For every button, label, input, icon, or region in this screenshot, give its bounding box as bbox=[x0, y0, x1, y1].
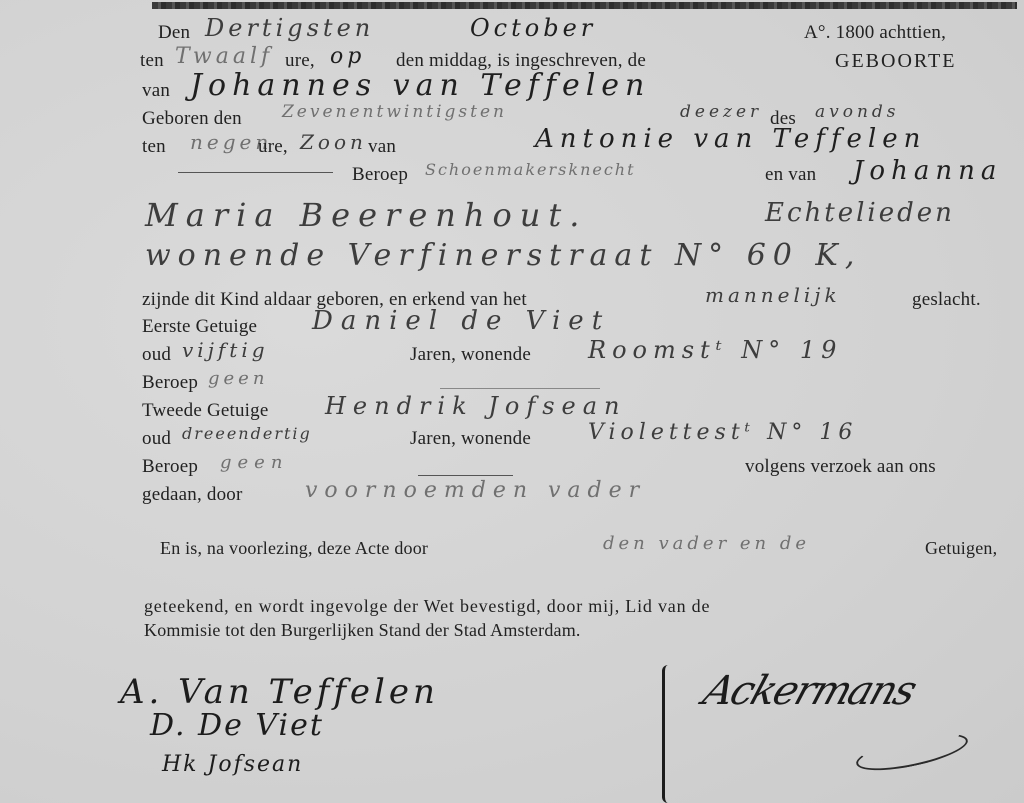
day-written: Dertigsten bbox=[205, 14, 374, 42]
witness2-address: Violettestᵗ N° 16 bbox=[588, 420, 857, 445]
den-label: Den bbox=[158, 22, 190, 44]
volgens-verzoek-text: volgens verzoek aan ons bbox=[745, 456, 936, 478]
witness1-oud-label: oud bbox=[142, 344, 171, 366]
document-page: ​ Den Dertigsten October A°. 1800 achtti… bbox=[0, 0, 1024, 803]
gedaan-label: gedaan, door bbox=[142, 484, 243, 506]
geboren-label: Geboren den bbox=[142, 108, 242, 130]
correction-written: deezer bbox=[680, 102, 762, 122]
witness2-label: Tweede Getuige bbox=[142, 400, 269, 422]
father-name: Antonie van Teffelen bbox=[535, 124, 926, 154]
ten-label: ten bbox=[140, 50, 164, 72]
father-occupation: Schoenmakersknecht bbox=[425, 160, 636, 179]
parents-residence: wonende Verfinerstraat N° 60 K, bbox=[145, 238, 861, 273]
witness2-occupation: geen bbox=[220, 452, 288, 473]
witness2-age: dreeendertig bbox=[182, 424, 312, 443]
van-label-2: van bbox=[368, 136, 396, 158]
witness2-name: Hendrik Jofsean bbox=[325, 392, 627, 420]
signature-father: A. Van Teffelen bbox=[120, 672, 439, 712]
closing-line1-b: Getuigen, bbox=[925, 538, 997, 559]
top-border-rule bbox=[152, 2, 1017, 9]
witness2-oud-label: oud bbox=[142, 428, 171, 450]
zoon-written: Zoon bbox=[300, 130, 367, 154]
closing-line1-a: En is, na voorlezing, deze Acte door bbox=[160, 538, 428, 559]
marital-status: Echtelieden bbox=[765, 198, 955, 228]
signature-flourish-loop bbox=[853, 726, 970, 777]
child-name: Johannes van Teffelen bbox=[190, 68, 650, 103]
witness1-name: Daniel de Viet bbox=[312, 306, 610, 336]
witness1-age: vijftig bbox=[182, 338, 269, 362]
blank-line-2 bbox=[418, 475, 513, 476]
time-of-day-written: avonds bbox=[815, 102, 900, 122]
closing-line3: Kommisie tot den Burgerlijken Stand der … bbox=[144, 620, 581, 641]
signature-witness2: Hk Jofsean bbox=[162, 752, 303, 777]
signature-witness1: D. De Viet bbox=[150, 708, 324, 743]
signature-official: Ackermans bbox=[698, 668, 921, 714]
witness1-beroep-label: Beroep bbox=[142, 372, 198, 394]
hour-written: Twaalf bbox=[175, 44, 273, 69]
geboorte-heading: GEBOORTE bbox=[835, 50, 956, 73]
blank-line bbox=[440, 388, 600, 389]
geslacht-label: geslacht. bbox=[912, 289, 981, 311]
closing-line1-written: den vader en de bbox=[603, 533, 810, 554]
mother-surname: Maria Beerenhout. bbox=[145, 196, 587, 234]
mother-first-name: Johanna bbox=[853, 156, 1002, 186]
gedaan-by: voornoemden vader bbox=[305, 478, 646, 503]
witness2-beroep-label: Beroep bbox=[142, 456, 198, 478]
witness1-address: Roomstᵗ N° 19 bbox=[588, 336, 842, 364]
closing-line2: geteekend, en wordt ingevolge der Wet be… bbox=[144, 596, 710, 617]
official-signature-flourish bbox=[662, 665, 673, 803]
en-van-label: en van bbox=[765, 164, 816, 186]
ure-label-2: ure, bbox=[258, 136, 288, 158]
witness2-jaren-label: Jaren, wonende bbox=[410, 428, 531, 450]
sex-written: mannelijk bbox=[705, 283, 841, 307]
witness1-jaren-label: Jaren, wonende bbox=[410, 344, 531, 366]
underline-stroke bbox=[178, 172, 333, 173]
ten-label-2: ten bbox=[142, 136, 166, 158]
year-label: A°. 1800 achttien, bbox=[804, 22, 946, 44]
van-label: van bbox=[142, 80, 170, 102]
op-written: op bbox=[330, 44, 365, 69]
birth-date-written: Zevenentwintigsten bbox=[282, 102, 507, 122]
witness1-label: Eerste Getuige bbox=[142, 316, 257, 338]
month-written: October bbox=[470, 14, 596, 42]
beroep-label: Beroep bbox=[352, 164, 408, 186]
witness1-occupation: geen bbox=[208, 368, 268, 389]
